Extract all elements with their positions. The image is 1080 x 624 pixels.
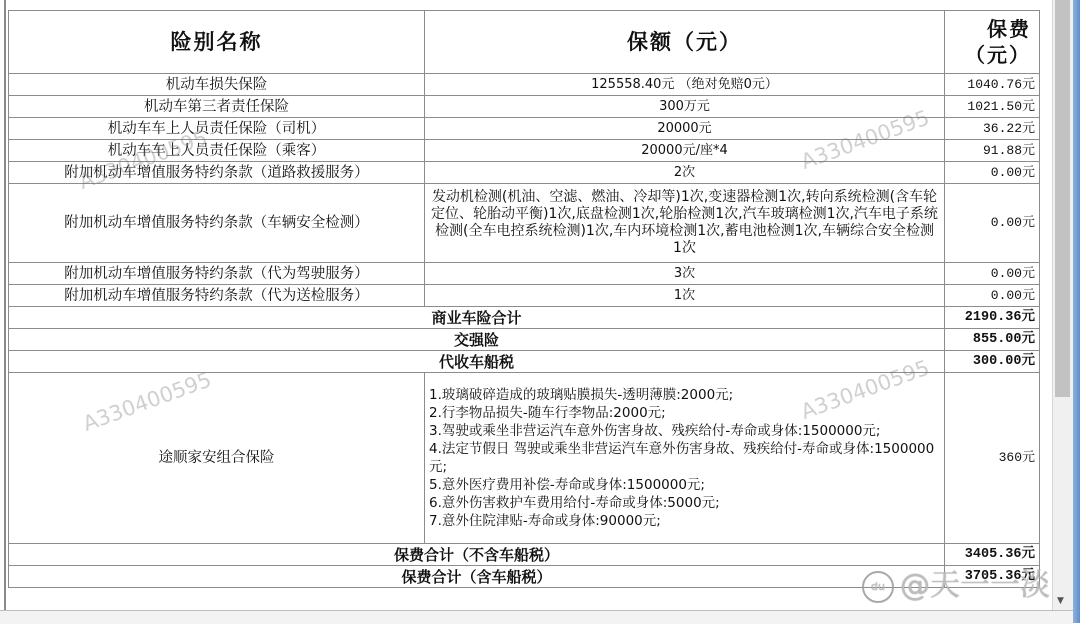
row-name: 附加机动车增值服务特约条款（代为驾驶服务）: [9, 263, 425, 285]
subtotal-value: 855.00元: [945, 329, 1040, 351]
combo-item: 4.法定节假日 驾驶或乘坐非营运汽车意外伤害身故、残疾给付-寿命或身体:1500…: [429, 440, 940, 476]
header-premium-line1: 保费: [949, 16, 1031, 42]
table-row: 附加机动车增值服务特约条款（车辆安全检测） 发动机检测(机油、空滤、燃油、冷却等…: [9, 184, 1040, 263]
row-name: 机动车车上人员责任保险（司机）: [9, 118, 425, 140]
header-insurance-name: 险别名称: [9, 11, 425, 74]
total-row-incl-tax: 保费合计（含车船税） 3705.36元: [9, 566, 1040, 588]
combo-item: 5.意外医疗费用补偿-寿命或身体:1500000元;: [429, 476, 940, 494]
combo-insurance-row: 途顺家安组合保险 1.玻璃破碎造成的玻璃贴膜损失-透明薄膜:2000元; 2.行…: [9, 373, 1040, 544]
row-coverage: 3次: [425, 263, 945, 285]
row-coverage: 2次: [425, 162, 945, 184]
row-coverage: 20000元/座*4: [425, 140, 945, 162]
row-premium: 1021.50元: [945, 96, 1040, 118]
row-premium: 0.00元: [945, 263, 1040, 285]
document-viewport: 险别名称 保额（元） 保费 （元） 机动车损失保险 125558.40元 （绝对…: [6, 0, 1052, 610]
subtotal-row-compulsory: 交强险 855.00元: [9, 329, 1040, 351]
subtotal-label: 交强险: [9, 329, 945, 351]
subtotal-value: 2190.36元: [945, 307, 1040, 329]
combo-coverage-list: 1.玻璃破碎造成的玻璃贴膜损失-透明薄膜:2000元; 2.行李物品损失-随车行…: [425, 373, 945, 544]
insurance-quote-table: 险别名称 保额（元） 保费 （元） 机动车损失保险 125558.40元 （绝对…: [8, 10, 1040, 588]
subtotal-row-commercial: 商业车险合计 2190.36元: [9, 307, 1040, 329]
row-premium: 0.00元: [945, 184, 1040, 263]
row-name: 机动车车上人员责任保险（乘客）: [9, 140, 425, 162]
window-right-border: [1073, 0, 1080, 623]
window-bottom-border: [0, 610, 1073, 623]
combo-item: 2.行李物品损失-随车行李物品:2000元;: [429, 404, 940, 422]
table-header-row: 险别名称 保额（元） 保费 （元）: [9, 11, 1040, 74]
combo-item: 6.意外伤害救护车费用给付-寿命或身体:5000元;: [429, 494, 940, 512]
combo-item: 1.玻璃破碎造成的玻璃贴膜损失-透明薄膜:2000元;: [429, 386, 940, 404]
row-premium: 36.22元: [945, 118, 1040, 140]
combo-premium: 360元: [945, 373, 1040, 544]
scroll-down-arrow-icon[interactable]: ▼: [1057, 596, 1064, 606]
row-name: 附加机动车增值服务特约条款（道路救援服务）: [9, 162, 425, 184]
table-row: 附加机动车增值服务特约条款（代为送检服务） 1次 0.00元: [9, 285, 1040, 307]
row-name: 附加机动车增值服务特约条款（车辆安全检测）: [9, 184, 425, 263]
row-coverage: 300万元: [425, 96, 945, 118]
header-premium: 保费 （元）: [945, 11, 1040, 74]
row-coverage: 发动机检测(机油、空滤、燃油、冷却等)1次,变速器检测1次,转向系统检测(含车轮…: [425, 184, 945, 263]
row-coverage: 20000元: [425, 118, 945, 140]
vertical-scrollbar[interactable]: ▼: [1052, 0, 1073, 610]
scrollbar-thumb[interactable]: [1055, 0, 1070, 397]
header-coverage: 保额（元）: [425, 11, 945, 74]
row-name: 机动车损失保险: [9, 74, 425, 96]
table-row: 机动车第三者责任保险 300万元 1021.50元: [9, 96, 1040, 118]
row-coverage: 125558.40元 （绝对免赔0元）: [425, 74, 945, 96]
total-value: 3705.36元: [945, 566, 1040, 588]
row-name: 附加机动车增值服务特约条款（代为送检服务）: [9, 285, 425, 307]
table-row: 机动车车上人员责任保险（乘客） 20000元/座*4 91.88元: [9, 140, 1040, 162]
subtotal-row-vehicle-tax: 代收车船税 300.00元: [9, 351, 1040, 373]
total-label: 保费合计（含车船税）: [9, 566, 945, 588]
total-label: 保费合计（不含车船税）: [9, 544, 945, 566]
row-name: 机动车第三者责任保险: [9, 96, 425, 118]
row-coverage: 1次: [425, 285, 945, 307]
combo-item: 3.驾驶或乘坐非营运汽车意外伤害身故、残疾给付-寿命或身体:1500000元;: [429, 422, 940, 440]
subtotal-label: 商业车险合计: [9, 307, 945, 329]
table-row: 机动车车上人员责任保险（司机） 20000元 36.22元: [9, 118, 1040, 140]
table-row: 附加机动车增值服务特约条款（代为驾驶服务） 3次 0.00元: [9, 263, 1040, 285]
row-premium: 1040.76元: [945, 74, 1040, 96]
total-value: 3405.36元: [945, 544, 1040, 566]
table-row: 机动车损失保险 125558.40元 （绝对免赔0元） 1040.76元: [9, 74, 1040, 96]
subtotal-label: 代收车船税: [9, 351, 945, 373]
combo-item: 7.意外住院津贴-寿命或身体:90000元;: [429, 512, 940, 530]
header-premium-line2: （元）: [949, 42, 1031, 68]
table-row: 附加机动车增值服务特约条款（道路救援服务） 2次 0.00元: [9, 162, 1040, 184]
subtotal-value: 300.00元: [945, 351, 1040, 373]
row-premium: 91.88元: [945, 140, 1040, 162]
row-premium: 0.00元: [945, 162, 1040, 184]
total-row-excl-tax: 保费合计（不含车船税） 3405.36元: [9, 544, 1040, 566]
document-window: 险别名称 保额（元） 保费 （元） 机动车损失保险 125558.40元 （绝对…: [0, 0, 1080, 623]
row-premium: 0.00元: [945, 285, 1040, 307]
combo-name: 途顺家安组合保险: [9, 373, 425, 544]
